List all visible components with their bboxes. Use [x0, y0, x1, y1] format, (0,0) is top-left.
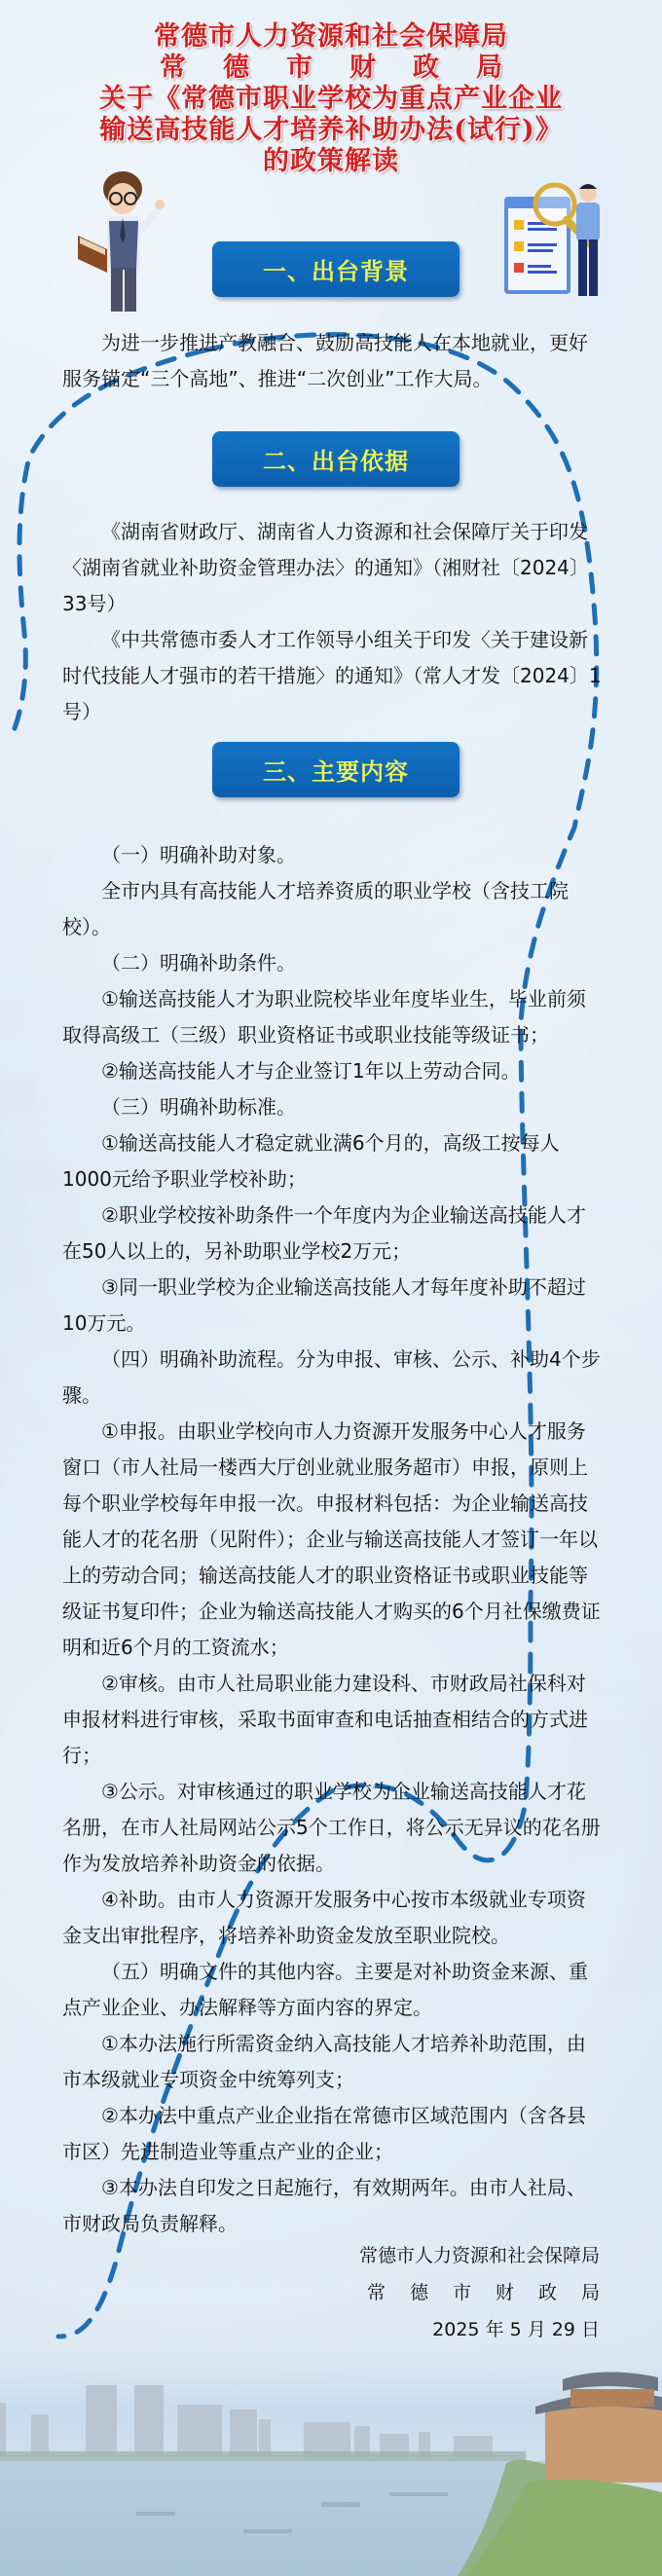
title-line-3: 关于《常德市职业学校为重点产业企业: [0, 84, 662, 115]
paragraph: （二）明确补助条件。: [62, 945, 604, 981]
section-background-text: 为进一步推进产教融合、鼓励高技能人在本地就业，更好服务锚定“三个高地”、推进“二…: [62, 325, 604, 397]
paragraph: ①申报。由职业学校向市人力资源开发服务中心人才服务窗口（市人社局一楼西大厅创业就…: [62, 1414, 604, 1666]
section-header-main-content: 三、主要内容: [212, 742, 460, 797]
signature-org-finance: 常德市财政局: [359, 2274, 624, 2311]
section-header-label: 三、主要内容: [263, 753, 409, 787]
paragraph: ④补助。由市人力资源开发服务中心按市本级就业专项资金支出审批程序，将培养补助资金…: [62, 1882, 604, 1954]
checklist-magnifier-icon: [496, 175, 613, 302]
paragraph: ②审核。由市人社局职业能力建设科、市财政局社保科对申报材料进行审核，采取书面审查…: [62, 1666, 604, 1774]
paragraph: ③同一职业学校为企业输送高技能人才每年度补助不超过10万元。: [62, 1270, 604, 1342]
section-header-basis: 二、出台依据: [212, 431, 460, 487]
section-header-label: 二、出台依据: [263, 442, 409, 476]
paragraph: （一）明确补助对象。: [62, 837, 604, 873]
section-header-background: 一、出台背景: [212, 241, 460, 297]
paragraph: ②输送高技能人才与企业签订1年以上劳动合同。: [62, 1053, 604, 1089]
title-line-4: 输送高技能人才培养补助办法(试行)》: [0, 115, 662, 146]
city-river-scenery-image: [0, 2337, 662, 2576]
paragraph: ②本办法中重点产业企业指在常德市区域范围内（含各县市区）先进制造业等重点产业的企…: [62, 2098, 604, 2170]
teacher-with-book-icon: [72, 167, 179, 313]
paragraph: ①本办法施行所需资金纳入高技能人才培养补助范围，由市本级就业专项资金中统筹列支；: [62, 2026, 604, 2098]
signature-org-hrss: 常德市人力资源和社会保障局: [359, 2237, 600, 2274]
section-header-label: 一、出台背景: [263, 252, 409, 286]
section-basis-text: 《湖南省财政厅、湖南省人力资源和社会保障厅关于印发〈湖南省就业补助资金管理办法〉…: [62, 514, 604, 730]
paragraph: （五）明确文件的其他内容。主要是对补助资金来源、重点产业企业、办法解释等方面内容…: [62, 1954, 604, 2026]
paragraph: ①输送高技能人才为职业院校毕业年度毕业生，毕业前须取得高级工（三级）职业资格证书…: [62, 981, 604, 1053]
paragraph: 全市内具有高技能人才培养资质的职业学校（含技工院校）。: [62, 873, 604, 945]
policy-document-page: 常德市人力资源和社会保障局 常德市财政局 关于《常德市职业学校为重点产业企业 输…: [0, 0, 662, 2576]
paragraph: ③公示。对审核通过的职业学校为企业输送高技能人才花名册，在市人社局网站公示5个工…: [62, 1774, 604, 1882]
paragraph: ①输送高技能人才稳定就业满6个月的，高级工按每人1000元给予职业学校补助；: [62, 1125, 604, 1197]
paragraph: ②职业学校按补助条件一个年度内为企业输送高技能人才在50人以上的，另补助职业学校…: [62, 1197, 604, 1270]
paragraph: （三）明确补助标准。: [62, 1089, 604, 1125]
title-line-2: 常德市财政局: [0, 53, 662, 84]
signature-block: 常德市人力资源和社会保障局 常德市财政局 2025 年 5 月 29 日: [359, 2237, 600, 2348]
section-main-content-text: （一）明确补助对象。 全市内具有高技能人才培养资质的职业学校（含技工院校）。 （…: [62, 837, 604, 2242]
paragraph: 《湖南省财政厅、湖南省人力资源和社会保障厅关于印发〈湖南省就业补助资金管理办法〉…: [62, 514, 604, 622]
paragraph: （四）明确补助流程。分为申报、审核、公示、补助4个步骤。: [62, 1342, 604, 1414]
paragraph: 为进一步推进产教融合、鼓励高技能人在本地就业，更好服务锚定“三个高地”、推进“二…: [62, 325, 604, 397]
document-title: 常德市人力资源和社会保障局 常德市财政局 关于《常德市职业学校为重点产业企业 输…: [0, 21, 662, 177]
paragraph: 《中共常德市委人才工作领导小组关于印发〈关于建设新时代技能人才强市的若干措施〉的…: [62, 622, 604, 730]
paragraph: ③本办法自印发之日起施行，有效期两年。由市人社局、市财政局负责解释。: [62, 2170, 604, 2242]
title-line-1: 常德市人力资源和社会保障局: [0, 21, 662, 53]
